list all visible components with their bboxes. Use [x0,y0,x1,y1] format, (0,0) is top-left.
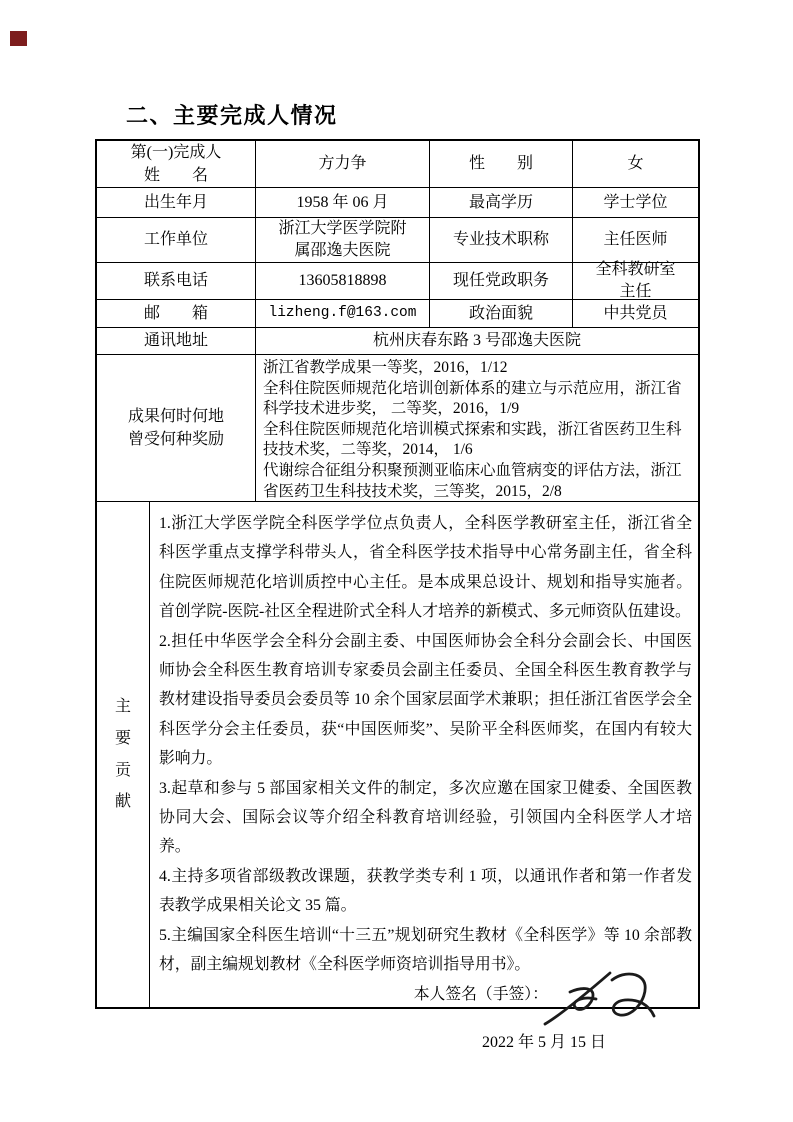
completer-info-table: 第(一)完成人 姓 名 方力争 性 别 女 出生年月 1958 年 06 月 最… [95,139,700,1009]
award-item: 全科住院医师规范化培训创新体系的建立与示范应用，浙江省科学技术进步奖， 二等奖，… [263,379,692,420]
field-label-email: 邮 箱 [97,300,256,327]
signature-date: 2022 年 5 月 15 日 [159,1028,606,1057]
field-label-line2: 姓 名 [144,164,208,187]
vlabel-char: 献 [115,791,131,813]
field-value-birth: 1958 年 06 月 [256,188,430,217]
contribution-paragraph: 4.主持多项省部级教改课题，获教学类专利 1 项，以通讯作者和第一作者发表教学成… [159,862,692,921]
field-value-address: 杭州庆春东路 3 号邵逸夫医院 [256,328,698,354]
awards-list: 浙江省教学成果一等奖，2016，1/12 全科住院医师规范化培训创新体系的建立与… [256,355,698,501]
field-label-position: 现任党政职务 [430,263,573,299]
field-value-political: 中共党员 [573,300,698,327]
award-item: 代谢综合征组分积聚预测亚临床心血管病变的评估方法，浙江省医药卫生科技技术奖，三等… [263,461,692,502]
award-item: 浙江省教学成果一等奖，2016，1/12 [263,358,692,379]
contribution-paragraph: 3.起草和参与 5 部国家相关文件的制定，多次应邀在国家卫健委、全国医教协同大会… [159,774,692,862]
field-label-birth: 出生年月 [97,188,256,217]
field-label-education: 最高学历 [430,188,573,217]
table-row-birth: 出生年月 1958 年 06 月 最高学历 学士学位 [97,188,698,218]
vlabel-char: 主 [115,696,131,718]
table-row-address: 通讯地址 杭州庆春东路 3 号邵逸夫医院 [97,328,698,355]
field-label-awards: 成果何时何地 曾受何种奖励 [97,355,256,501]
field-label-gender: 性 别 [430,141,573,187]
field-value-position: 全科教研室主任 [573,263,698,299]
corner-marker-icon [10,31,27,46]
table-row-phone: 联系电话 13605818898 现任党政职务 全科教研室主任 [97,263,698,300]
table-row-workunit: 工作单位 浙江大学医学院附属邵逸夫医院 专业技术职称 主任医师 [97,218,698,263]
field-label-line1: 第(一)完成人 [131,141,222,164]
document-page: 二、主要完成人情况 第(一)完成人 姓 名 方力争 性 别 女 出生年月 195… [0,0,793,1122]
vlabel-char: 要 [115,728,131,750]
awards-label-line2: 曾受何种奖励 [128,428,224,451]
contribution-paragraph: 2.担任中华医学会全科分会副主委、中国医师协会全科分会副会长、中国医师协会全科医… [159,627,692,774]
field-label-name: 第(一)完成人 姓 名 [97,141,256,187]
table-row-contributions: 主 要 贡 献 1.浙江大学医学院全科医学学位点负责人，全科医学教研室主任，浙江… [97,502,698,1007]
field-value-title: 主任医师 [573,218,698,262]
field-label-political: 政治面貌 [430,300,573,327]
awards-label-line1: 成果何时何地 [128,405,224,428]
field-label-address: 通讯地址 [97,328,256,354]
vlabel-char: 贡 [115,760,131,782]
award-item: 全科住院医师规范化培训模式探索和实践，浙江省医药卫生科技技术奖，二等奖，2014… [263,420,692,461]
field-value-education: 学士学位 [573,188,698,217]
contributions-vertical-label: 主 要 贡 献 [97,502,150,1007]
field-value-phone: 13605818898 [256,263,430,299]
table-row-name: 第(一)完成人 姓 名 方力争 性 别 女 [97,141,698,188]
contributions-content: 1.浙江大学医学院全科医学学位点负责人，全科医学教研室主任，浙江省全科医学重点支… [150,502,698,1007]
signature-label: 本人签名（手签）： [414,980,548,1009]
contribution-paragraph: 1.浙江大学医学院全科医学学位点负责人，全科医学教研室主任，浙江省全科医学重点支… [159,509,692,627]
table-row-email: 邮 箱 lizheng.f@163.com 政治面貌 中共党员 [97,300,698,328]
field-value-workunit: 浙江大学医学院附属邵逸夫医院 [256,218,430,262]
field-label-workunit: 工作单位 [97,218,256,262]
field-value-name: 方力争 [256,141,430,187]
field-value-gender: 女 [573,141,698,187]
field-label-title: 专业技术职称 [430,218,573,262]
table-row-awards: 成果何时何地 曾受何种奖励 浙江省教学成果一等奖，2016，1/12 全科住院医… [97,355,698,502]
handwritten-signature-image [542,968,664,1028]
signature-row: 本人签名（手签）： [159,980,664,1016]
field-value-email: lizheng.f@163.com [256,300,430,327]
section-title: 二、主要完成人情况 [126,99,338,130]
field-label-phone: 联系电话 [97,263,256,299]
